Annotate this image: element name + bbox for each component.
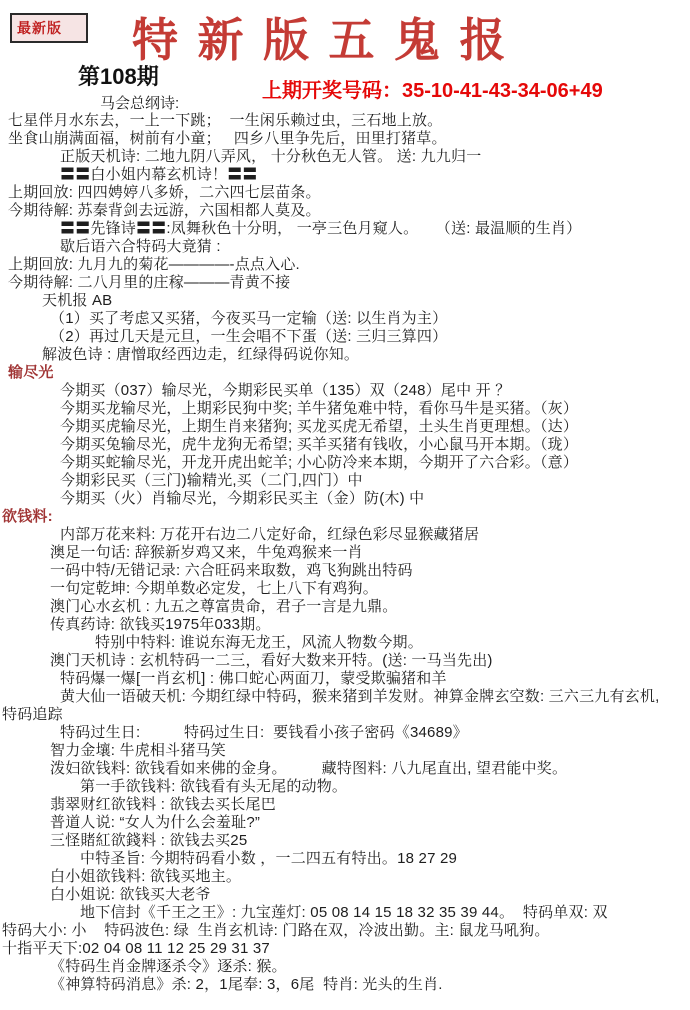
text-line: 传真药诗: 欲钱买1975年033期。 [0, 616, 690, 634]
text-line: 三怪賭紅欲錢料 : 欲钱去买25 [0, 832, 690, 850]
text-line: 中特圣旨: 今期特码看小数 ，一二四五有特出。18 27 29 [0, 850, 690, 868]
text-line: 白小姐欲钱料: 欲钱买地主。 [0, 868, 690, 886]
text-line: 歇后语六合特码大竟猜 : [0, 238, 690, 256]
text-line: 十指平天下:02 04 08 11 12 25 29 31 37 [0, 940, 690, 958]
text-line: 上期回放: 四四娉婷八多娇，二六四七层苗条。 [0, 184, 690, 202]
text-line: 特码大小: 小 特码波色: 绿 生肖玄机诗: 门路在双，冷波出勤。主: 鼠龙马吼… [0, 922, 690, 940]
text-line: 一码中特/无错记录: 六合旺码来取数，鸡飞狗跳出特码 [0, 562, 690, 580]
text-line: 泼妇欲钱料: 欲钱看如来佛的金身。 藏特图料: 八九尾直出, 望君能中奖。 [0, 760, 690, 778]
text-line: 今期待解: 苏秦背剑去远游，六国相都人莫及。 [0, 202, 690, 220]
text-line: 〓〓白小姐内幕玄机诗！〓〓 [0, 166, 690, 184]
text-line: 白小姐说: 欲钱买大老爷 [0, 886, 690, 904]
text-line: 今期彩民买（三门)输精光,买（二门,四门）中 [0, 472, 690, 490]
text-line: 正版天机诗: 二地九阴八弄风， 十分秋色无人管。 送: 九九归一 [0, 148, 690, 166]
body-lines: 七星伴月水东去，一上一下跳； 一生闲乐赖过虫，三石地上放。坐食山崩满面福，树前有… [0, 112, 690, 994]
text-line: 今期买虎输尽光，上期生肖来猪狗; 买龙买虎无希望，土头生肖更理想。（达） [0, 418, 690, 436]
text-line: 今期买龙输尽光，上期彩民狗中奖; 羊牛猪兔难中特，看你马牛是买猪。（灰） [0, 400, 690, 418]
text-line: 澳门天机诗 : 玄机特码一二三，看好大数来开特。(送: 一马当先出) [0, 652, 690, 670]
text-line: （1）买了考虑又买猪，今夜买马一定输（送: 以生肖为主） [0, 310, 690, 328]
text-line: 特码过生日: 特码过生日: 要钱看小孩子密码《34689》 [0, 724, 690, 742]
text-line: 特码追踪 [0, 706, 690, 724]
text-line: 七星伴月水东去，一上一下跳； 一生闲乐赖过虫，三石地上放。 [0, 112, 690, 130]
text-line: 〓〓先锋诗〓〓:凤舞秋色十分明， 一亭三色月窥人。 （送: 最温顺的生肖） [0, 220, 690, 238]
text-line: 今期买兔输尽光，虎牛龙狗无希望; 买羊买猪有钱收，小心鼠马开本期。（珑） [0, 436, 690, 454]
last-draw-result: 上期开奖号码：35-10-41-43-34-06+49 [262, 74, 603, 103]
text-line: 今期买蛇输尽光，开龙开虎出蛇羊; 小心防冷来本期，今期开了六合彩。（意） [0, 454, 690, 472]
intro-poem-label: 马会总纲诗: [100, 92, 179, 113]
text-line: 今期买（037）输尽光，今期彩民买单（135）双（248）尾中 开 ？ [0, 382, 690, 400]
latest-edition-badge: 最新版 [10, 13, 88, 43]
latest-edition-badge-label: 最新版 [17, 18, 62, 38]
text-line: 内部万花来料: 万花开右边二八定好命，红绿色彩尽显猴藏猪居 [0, 526, 690, 544]
text-line: 翡翠财红欲钱料 : 欲钱去买长尾巴 [0, 796, 690, 814]
text-line: 坐食山崩满面福，树前有小童； 四乡八里争先后，田里打猪草。 [0, 130, 690, 148]
text-line: 第一手欲钱料: 欲钱看有头无尾的动物。 [0, 778, 690, 796]
text-line: 特别中特料: 谁说东海无龙王，风流人物数今期。 [0, 634, 690, 652]
text-line: 《特码生肖金牌逐杀令》逐杀: 猴。 [0, 958, 690, 976]
text-line: 上期回放: 九月九的菊花————-点点入心. [0, 256, 690, 274]
text-line: 《神算特码消息》杀: 2，1尾奉: 3，6尾 特肖: 光头的生肖. [0, 976, 690, 994]
last-draw-label: 上期开奖号码： [262, 80, 402, 102]
text-line: 一句定乾坤: 今期单数必定发，七上八下有鸡狗。 [0, 580, 690, 598]
text-line: 澳足一句话: 辞猴新岁鸡又来，牛兔鸡猴来一肖 [0, 544, 690, 562]
section-label: 欲钱料: [0, 508, 690, 526]
text-line: 黄大仙一语破天机: 今期红绿中特码，猴来猪到羊发财。神算金牌玄空数: 三六三九有… [0, 688, 690, 706]
issue-number: 第108期 [78, 60, 159, 91]
page-title: 特 新 版 五 鬼 报 [132, 4, 602, 70]
text-line: 智力金壤: 牛虎相斗猪马笑 [0, 742, 690, 760]
text-line: 澳门心水玄机 : 九五之尊富贵命，君子一言是九鼎。 [0, 598, 690, 616]
text-line: 今期待解: 二八月里的庄稼———青黄不接 [0, 274, 690, 292]
text-line: 地下信封《千王之王》: 九宝莲灯: 05 08 14 15 18 32 35 3… [0, 904, 690, 922]
text-line: 解波色诗 : 唐憎取经西边走，红绿得码说你知。 [0, 346, 690, 364]
text-line: 天机报 AB [0, 292, 690, 310]
text-line: 普道人说: “女人为什么会羞耻?” [0, 814, 690, 832]
text-line: 特码爆一爆[一肖玄机] : 佛口蛇心两面刀，蒙受欺骗猪和羊 [0, 670, 690, 688]
text-line: （2）再过几天是元旦，一生会唱不下蛋（送: 三归三算四） [0, 328, 690, 346]
section-label: 输尽光 [0, 364, 690, 382]
text-line: 今期买（火）肖输尽光，今期彩民买主（金）防(木) 中 [0, 490, 690, 508]
last-draw-numbers: 35-10-41-43-34-06+49 [402, 80, 603, 102]
